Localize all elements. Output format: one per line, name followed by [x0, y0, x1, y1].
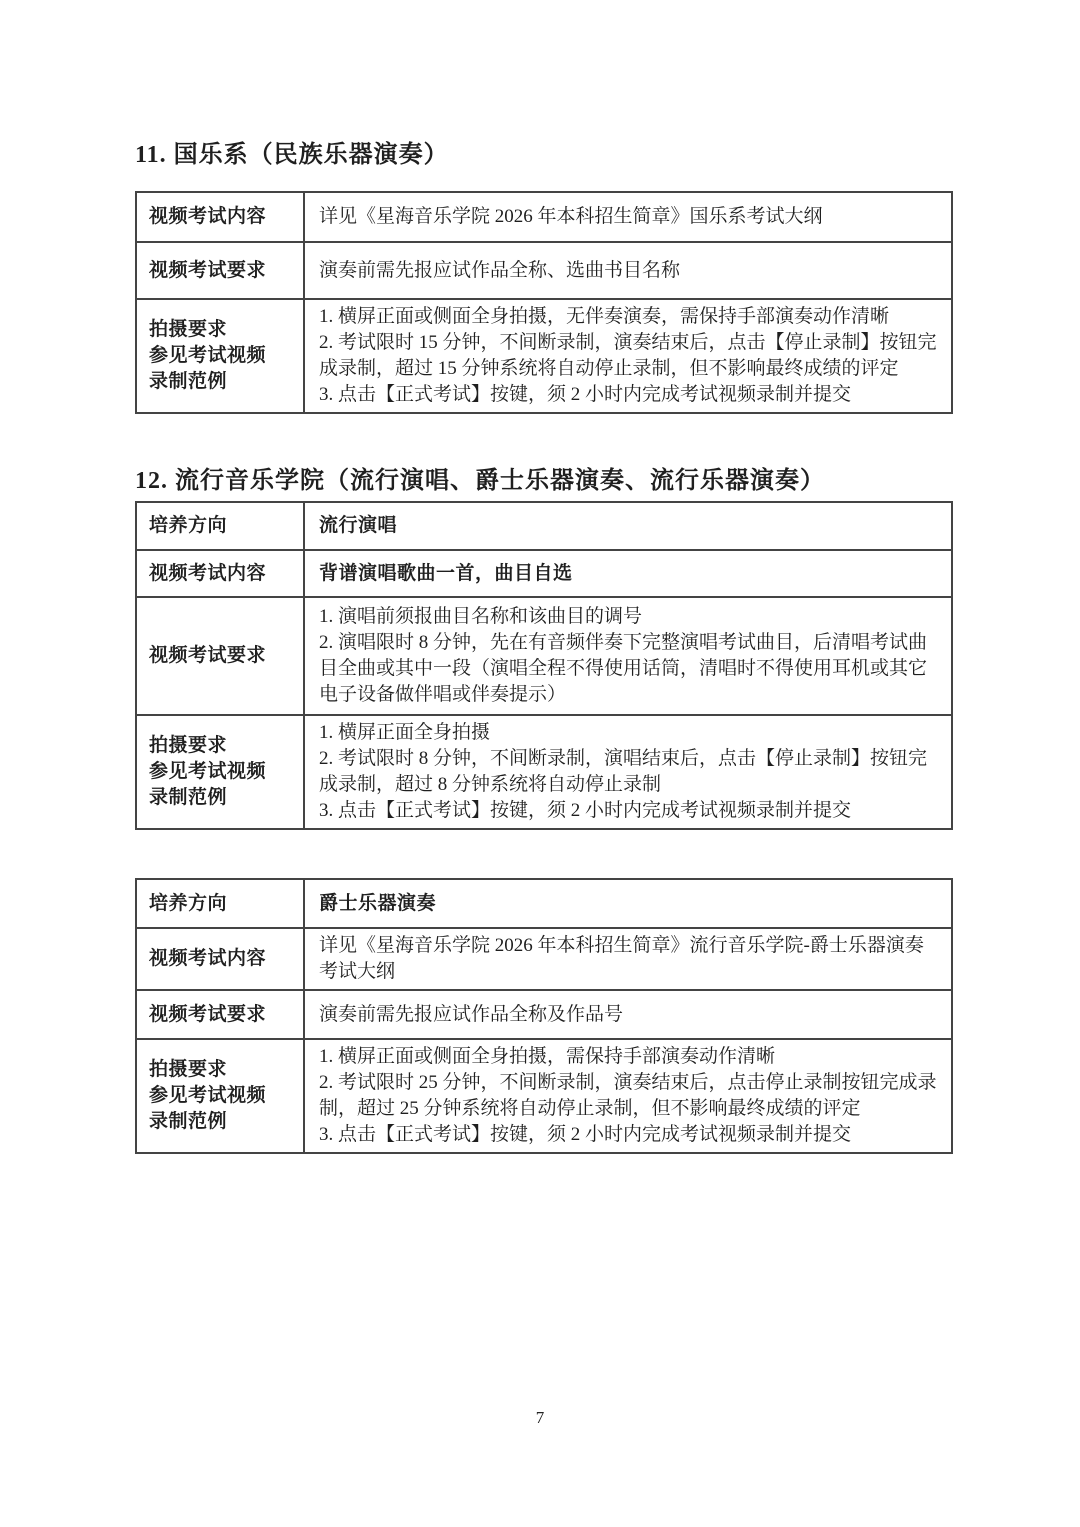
table-row: 视频考试要求 演奏前需先报应试作品全称及作品号 [136, 990, 952, 1039]
table-row: 视频考试内容 详见《星海音乐学院 2026 年本科招生简章》国乐系考试大纲 [136, 192, 952, 242]
table-row: 拍摄要求 参见考试视频 录制范例 1. 横屏正面全身拍摄 2. 考试限时 8 分… [136, 715, 952, 829]
document-page: 11. 国乐系（民族乐器演奏） 视频考试内容 详见《星海音乐学院 2026 年本… [0, 0, 1080, 1527]
row-header-cell: 视频考试要求 [136, 242, 304, 299]
section-heading-12: 12. 流行音乐学院（流行演唱、爵士乐器演奏、流行乐器演奏） [135, 466, 952, 497]
row-value-cell: 1. 横屏正面全身拍摄 2. 考试限时 8 分钟，不间断录制，演唱结束后，点击【… [304, 715, 952, 829]
row-header-cell: 视频考试内容 [136, 192, 304, 242]
row-value-cell: 爵士乐器演奏 [304, 879, 952, 928]
row-header-cell: 拍摄要求 参见考试视频 录制范例 [136, 299, 304, 413]
row-header-cell: 视频考试要求 [136, 990, 304, 1039]
row-header-cell: 培养方向 [136, 879, 304, 928]
table-row: 视频考试要求 1. 演唱前须报曲目名称和该曲目的调号 2. 演唱限时 8 分钟，… [136, 597, 952, 715]
table-row: 拍摄要求 参见考试视频 录制范例 1. 横屏正面或侧面全身拍摄，无伴奏演奏，需保… [136, 299, 952, 413]
table-guoyue: 视频考试内容 详见《星海音乐学院 2026 年本科招生简章》国乐系考试大纲 视频… [135, 191, 953, 414]
table-row: 拍摄要求 参见考试视频 录制范例 1. 横屏正面或侧面全身拍摄，需保持手部演奏动… [136, 1039, 952, 1153]
row-value-cell: 详见《星海音乐学院 2026 年本科招生简章》流行音乐学院-爵士乐器演奏考试大纲 [304, 928, 952, 990]
row-value-cell: 演奏前需先报应试作品全称、选曲书目名称 [304, 242, 952, 299]
table-row: 培养方向 爵士乐器演奏 [136, 879, 952, 928]
row-value-cell: 1. 横屏正面或侧面全身拍摄，无伴奏演奏，需保持手部演奏动作清晰 2. 考试限时… [304, 299, 952, 413]
table-row: 视频考试内容 详见《星海音乐学院 2026 年本科招生简章》流行音乐学院-爵士乐… [136, 928, 952, 990]
row-value-cell: 流行演唱 [304, 502, 952, 550]
table-row: 视频考试要求 演奏前需先报应试作品全称、选曲书目名称 [136, 242, 952, 299]
row-value-cell: 演奏前需先报应试作品全称及作品号 [304, 990, 952, 1039]
row-header-cell: 视频考试要求 [136, 597, 304, 715]
row-value-cell: 背谱演唱歌曲一首，曲目自选 [304, 550, 952, 597]
table-row: 培养方向 流行演唱 [136, 502, 952, 550]
page-number: 7 [0, 1408, 1080, 1428]
row-value-cell: 1. 横屏正面或侧面全身拍摄，需保持手部演奏动作清晰 2. 考试限时 25 分钟… [304, 1039, 952, 1153]
table-jazz-instruments: 培养方向 爵士乐器演奏 视频考试内容 详见《星海音乐学院 2026 年本科招生简… [135, 878, 953, 1154]
row-header-cell: 视频考试内容 [136, 928, 304, 990]
row-header-cell: 拍摄要求 参见考试视频 录制范例 [136, 1039, 304, 1153]
section-heading-11: 11. 国乐系（民族乐器演奏） [135, 0, 952, 171]
table-row: 视频考试内容 背谱演唱歌曲一首，曲目自选 [136, 550, 952, 597]
row-header-cell: 视频考试内容 [136, 550, 304, 597]
page-content: 11. 国乐系（民族乐器演奏） 视频考试内容 详见《星海音乐学院 2026 年本… [0, 0, 1080, 1154]
row-value-cell: 详见《星海音乐学院 2026 年本科招生简章》国乐系考试大纲 [304, 192, 952, 242]
table-pop-vocal: 培养方向 流行演唱 视频考试内容 背谱演唱歌曲一首，曲目自选 视频考试要求 1.… [135, 501, 953, 830]
row-value-cell: 1. 演唱前须报曲目名称和该曲目的调号 2. 演唱限时 8 分钟，先在有音频伴奏… [304, 597, 952, 715]
row-header-cell: 拍摄要求 参见考试视频 录制范例 [136, 715, 304, 829]
row-header-cell: 培养方向 [136, 502, 304, 550]
